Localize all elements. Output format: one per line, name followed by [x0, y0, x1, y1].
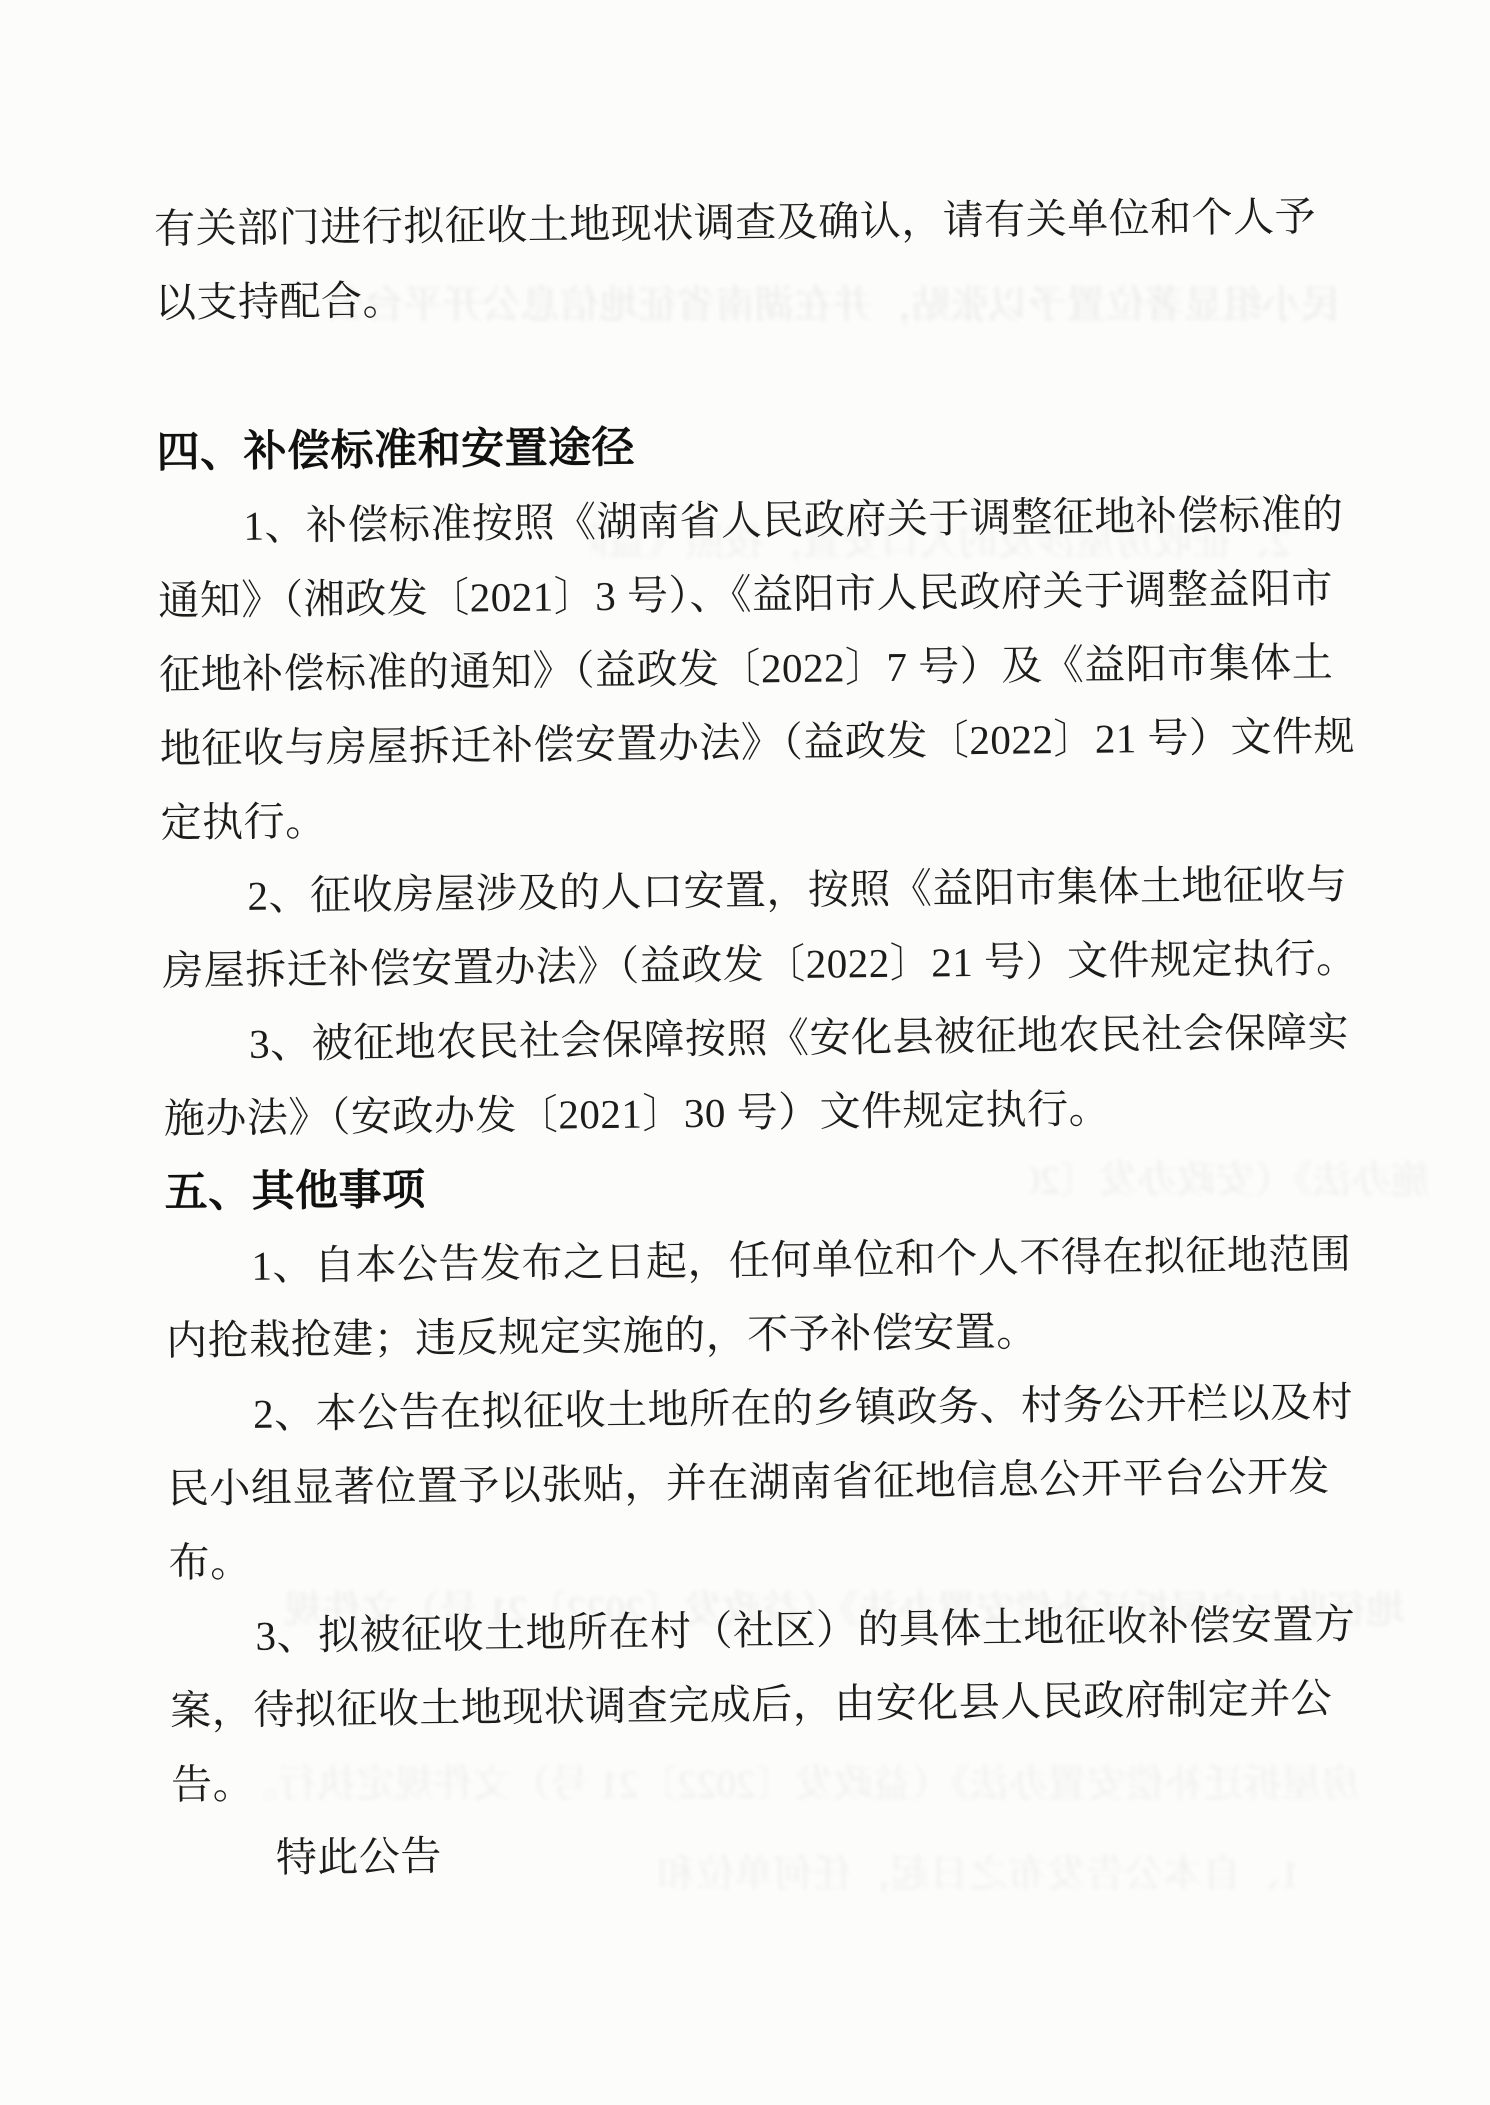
- text-line: 内抢栽抢建；违反规定实施的，不予补偿安置。: [166, 1290, 1427, 1378]
- text-line: 布。: [168, 1512, 1429, 1600]
- text-line: 定执行。: [160, 772, 1421, 860]
- text-line: 房屋拆迁补偿安置办法》（益政发〔2022〕21 号）文件规定执行。: [162, 920, 1423, 1008]
- paragraph-4-3-start: 3、被征地农民社会保障按照《安化县被征地农民社会保障实: [163, 994, 1424, 1082]
- text-line: 民小组显著位置予以张贴，并在湖南省征地信息公开平台公开发: [167, 1438, 1428, 1526]
- text-line-continuation: 有关部门进行拟征收土地现状调查及确认，请有关单位和个人予: [154, 178, 1415, 266]
- paragraph-5-3-start: 3、拟被征收土地所在村（社区）的具体土地征收补偿安置方: [169, 1586, 1430, 1674]
- paragraph-4-2-start: 2、征收房屋涉及的人口安置，按照《益阳市集体土地征收与: [161, 846, 1422, 934]
- text-line: 通知》（湘政发〔2021〕3 号）、《益阳市人民政府关于调整益阳市: [158, 550, 1419, 638]
- text-line: 以支持配合。: [155, 252, 1416, 340]
- text-line: 告。: [171, 1734, 1432, 1822]
- paragraph-5-1-start: 1、自本公告发布之日起，任何单位和个人不得在拟征地范围: [165, 1216, 1426, 1304]
- section-heading-4: 四、补偿标准和安置途径: [156, 402, 1417, 490]
- scanned-document-page: 民小组显著位置予以张贴，并在湖南省征地信息公开平台公开发 2、征收房屋涉及的人口…: [0, 0, 1490, 2105]
- text-line: 地征收与房屋拆迁补偿安置办法》（益政发〔2022〕21 号）文件规: [159, 698, 1420, 786]
- document-body: 有关部门进行拟征收土地现状调查及确认，请有关单位和个人予 以支持配合。 四、补偿…: [154, 178, 1432, 1896]
- paragraph-4-1-start: 1、补偿标准按照《湖南省人民政府关于调整征地补偿标准的: [157, 476, 1418, 564]
- text-line: 征地补偿标准的通知》（益政发〔2022〕7 号）及《益阳市集体土: [159, 624, 1420, 712]
- text-line: 施办法》（安政办发〔2021〕30 号）文件规定执行。: [163, 1068, 1424, 1156]
- text-line: 案，待拟征收土地现状调查完成后，由安化县人民政府制定并公: [170, 1660, 1431, 1748]
- paragraph-5-2-start: 2、本公告在拟征收土地所在的乡镇政务、村务公开栏以及村: [167, 1364, 1428, 1452]
- section-heading-5: 五、其他事项: [164, 1142, 1425, 1230]
- closing-statement: 特此公告: [171, 1808, 1432, 1896]
